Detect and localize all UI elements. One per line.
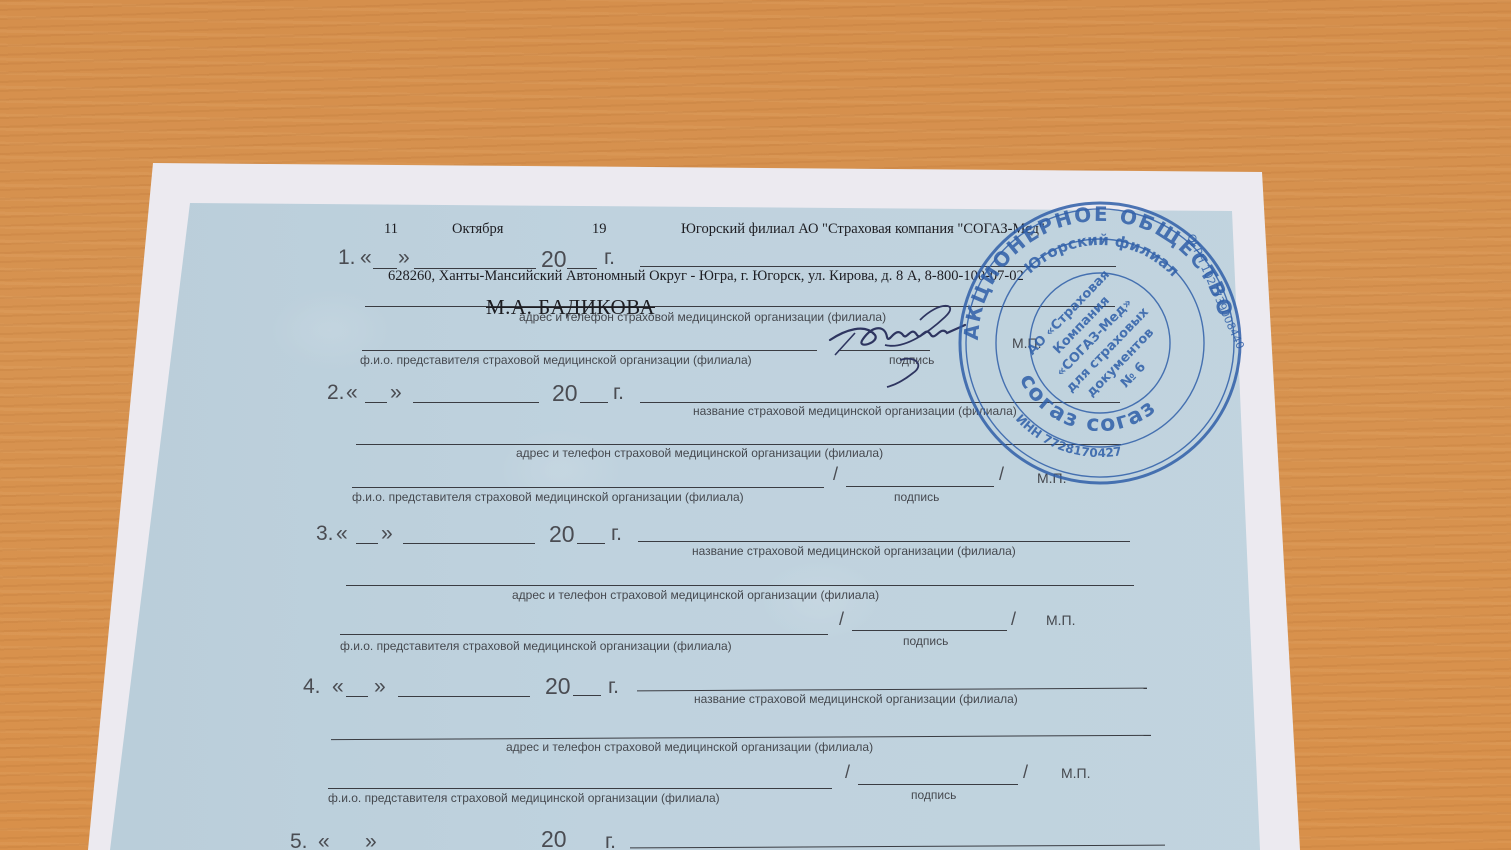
- open-quote: «: [346, 381, 358, 405]
- year-label: г.: [613, 381, 624, 405]
- separator-slash: /: [1023, 762, 1028, 783]
- entry-number: 2.: [327, 381, 345, 405]
- representative-line[interactable]: [340, 634, 828, 635]
- representative-line[interactable]: [328, 788, 832, 789]
- filled-month: Октября: [452, 221, 503, 238]
- representative-caption: ф.и.о. представителя страховой медицинск…: [340, 639, 732, 653]
- close-quote: »: [398, 246, 410, 270]
- year-label: г.: [604, 246, 615, 270]
- day-blank[interactable]: [365, 402, 387, 403]
- open-quote: «: [360, 246, 372, 270]
- separator-slash: /: [1011, 609, 1016, 630]
- organization-name-line[interactable]: [638, 541, 1130, 542]
- representative-caption: ф.и.о. представителя страховой медицинск…: [352, 490, 744, 504]
- entry-number: 1.: [338, 246, 356, 270]
- address-caption: адрес и телефон страховой медицинской ор…: [516, 446, 883, 460]
- open-quote: «: [336, 522, 348, 546]
- signature-caption: подпись: [911, 788, 956, 802]
- representative-line[interactable]: [352, 487, 824, 488]
- filled-address: 628260, Ханты-Мансийский Автономный Окру…: [388, 268, 1024, 285]
- year-label: г.: [611, 522, 622, 546]
- year-prefix: 20: [545, 673, 571, 700]
- filled-day: 11: [384, 221, 398, 238]
- close-quote: »: [381, 522, 393, 546]
- open-quote: «: [332, 675, 344, 699]
- close-quote: »: [390, 381, 402, 405]
- month-blank[interactable]: [398, 696, 530, 697]
- filled-year: 19: [592, 221, 607, 238]
- seal-label: М.П.: [1061, 765, 1091, 781]
- signature-caption: подпись: [903, 634, 948, 648]
- address-caption: адрес и телефон страховой медицинской ор…: [506, 740, 873, 754]
- separator-slash: /: [833, 464, 838, 485]
- year-blank[interactable]: [580, 402, 608, 403]
- signature-caption: подпись: [894, 490, 939, 504]
- year-blank[interactable]: [573, 695, 601, 696]
- year-prefix: 20: [541, 826, 567, 850]
- month-blank[interactable]: [403, 543, 535, 544]
- open-quote: «: [318, 830, 330, 850]
- year-prefix: 20: [549, 521, 575, 548]
- entry-number: 3.: [316, 522, 334, 546]
- day-blank[interactable]: [346, 696, 368, 697]
- separator-slash: /: [839, 609, 844, 630]
- representative-caption: ф.и.о. представителя страховой медицинск…: [360, 353, 752, 367]
- representative-line[interactable]: [362, 350, 817, 351]
- month-blank[interactable]: [413, 402, 539, 403]
- company-seal-stamp: АКЦИОНЕРНОЕ ОБЩЕСТВО Югорский филиал ИНН…: [941, 184, 1260, 503]
- signature-line[interactable]: [858, 784, 1018, 785]
- signature-line[interactable]: [852, 630, 1007, 631]
- day-blank[interactable]: [356, 543, 378, 544]
- year-label: г.: [605, 830, 616, 850]
- year-label: г.: [608, 675, 619, 699]
- name-caption: название страховой медицинской организац…: [694, 692, 1018, 706]
- year-prefix: 20: [552, 380, 578, 407]
- name-caption: название страховой медицинской организац…: [692, 544, 1016, 558]
- address-line[interactable]: [346, 585, 1134, 586]
- separator-slash: /: [845, 762, 850, 783]
- close-quote: »: [365, 830, 377, 850]
- entry-number: 4.: [303, 675, 321, 699]
- representative-caption: ф.и.о. представителя страховой медицинск…: [328, 791, 720, 805]
- seal-label: М.П.: [1046, 612, 1076, 628]
- entry-number: 5.: [290, 830, 308, 850]
- year-blank[interactable]: [577, 543, 605, 544]
- address-caption: адрес и телефон страховой медицинской ор…: [512, 588, 879, 602]
- close-quote: »: [374, 675, 386, 699]
